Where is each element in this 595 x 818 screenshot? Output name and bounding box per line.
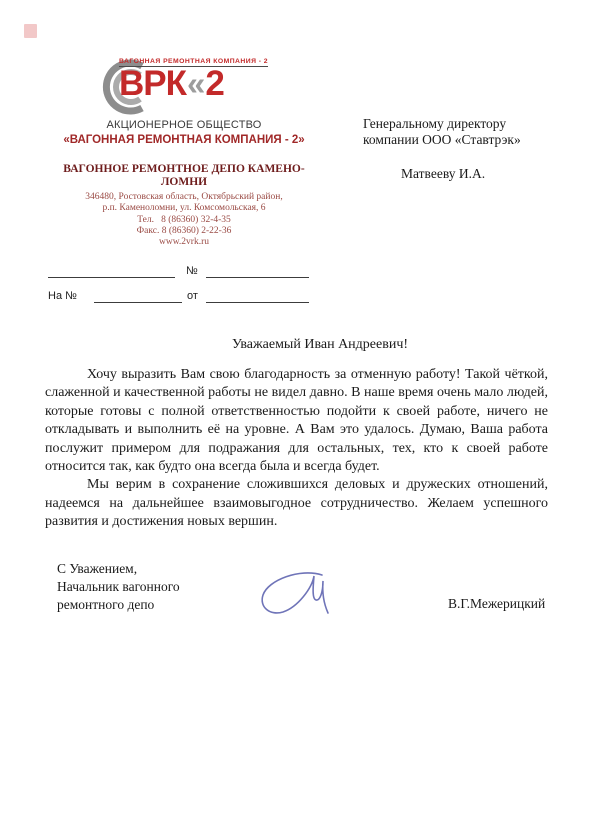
recipient-line-1: Генеральному директору (363, 116, 521, 132)
logo-chevron-icon: « (187, 65, 205, 102)
org-name: «ВАГОННАЯ РЕМОНТНАЯ КОМПАНИЯ - 2» (38, 134, 330, 146)
handwritten-signature-icon (256, 568, 348, 624)
org-type: АКЦИОНЕРНОЕ ОБЩЕСТВО (38, 119, 330, 131)
salutation: Уважаемый Иван Андреевич! (232, 337, 408, 353)
logo-word: ВРК«2 (119, 64, 268, 104)
incoming-date-field (206, 302, 309, 303)
letter-body: Хочу выразить Вам свою благодарность за … (45, 366, 548, 532)
sender-block: АКЦИОНЕРНОЕ ОБЩЕСТВО «ВАГОННАЯ РЕМОНТНАЯ… (38, 119, 330, 248)
letter-page: ВАГОННАЯ РЕМОНТНАЯ КОМПАНИЯ - 2 ВРК«2 АК… (0, 0, 595, 818)
outgoing-number-field (48, 277, 175, 278)
paragraph: Мы верим в сохранение сложившихся деловы… (45, 476, 548, 531)
logo-digit: 2 (205, 64, 224, 103)
fax-line: Факс. 8 (86360) 2-22-36 (38, 226, 330, 237)
website: www.2vrk.ru (38, 237, 330, 248)
depot-name: ВАГОННОЕ РЕМОНТНОЕ ДЕПО КАМЕНО-ЛОМНИ (58, 163, 310, 188)
signer-name: В.Г.Межерицкий (448, 596, 545, 612)
closing-line: С Уважением, (57, 560, 180, 578)
paragraph: Хочу выразить Вам свою благодарность за … (45, 366, 548, 476)
company-logo: ВАГОННАЯ РЕМОНТНАЯ КОМПАНИЯ - 2 ВРК«2 (92, 56, 302, 116)
phone-line: Тел. 8 (86360) 32-4-35 (38, 215, 330, 226)
date-label: от (187, 290, 198, 302)
reply-to-label: На № (48, 290, 77, 302)
signature-block: С Уважением, Начальник вагонного ремонтн… (57, 560, 180, 613)
incoming-number-field (94, 302, 182, 303)
address-line-1: 346480, Ростовская область, Октябрьский … (38, 192, 330, 203)
logo-brk-letters: ВРК (119, 64, 186, 103)
recipient-name: Матвееву И.А. (401, 166, 521, 182)
corner-mark-icon (24, 24, 37, 38)
logo-text: ВАГОННАЯ РЕМОНТНАЯ КОМПАНИЯ - 2 ВРК«2 (119, 58, 268, 104)
number-label: № (186, 265, 198, 277)
address-line-2: р.п. Каменоломни, ул. Комсомольская, 6 (38, 203, 330, 214)
position-line-2: ремонтного депо (57, 596, 180, 614)
outgoing-date-field (206, 277, 309, 278)
recipient-block: Генеральному директору компании ООО «Ста… (363, 116, 521, 182)
position-line-1: Начальник вагонного (57, 578, 180, 596)
recipient-line-2: компании ООО «Ставтрэк» (363, 132, 521, 148)
